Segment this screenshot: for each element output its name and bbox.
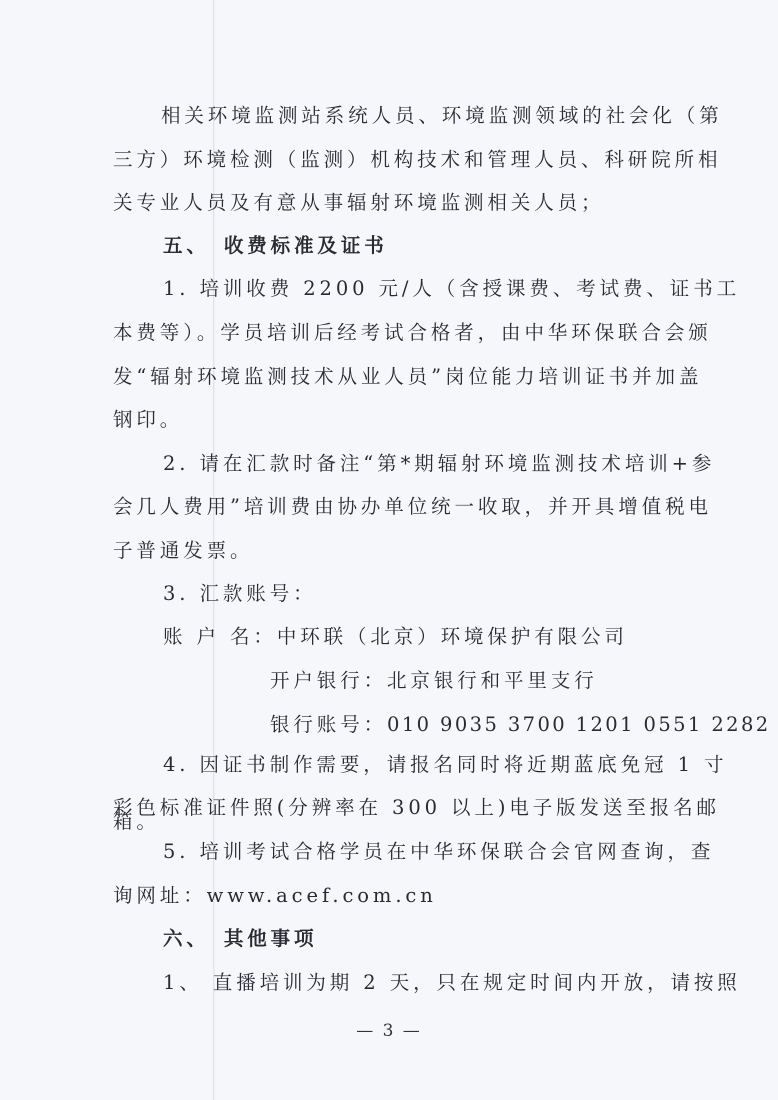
section-5-title: 收费标准及证书 — [224, 234, 388, 257]
account-name-row: 账 户 名：中环联（北京）环境保护有限公司 — [163, 624, 628, 650]
account-name-label: 账 户 名： — [163, 625, 277, 648]
section-6-number: 六、 — [163, 927, 210, 950]
intro-line-1: 相关环境监测站系统人员、环境监测领域的社会化（第 — [161, 103, 723, 129]
section-5-heading: 五、收费标准及证书 — [163, 233, 388, 259]
intro-line-3: 关专业人员及有意从事辐射环境监测相关人员； — [113, 190, 604, 216]
fee-item-2-line-3: 子普通发票。 — [113, 538, 253, 564]
intro-line-2: 三方）环境检测（监测）机构技术和管理人员、科研院所相 — [113, 147, 721, 173]
fee-item-1-line-2: 本费等）。学员培训后经考试合格者，由中华环保联合会颁 — [113, 320, 712, 346]
section-6-title: 其他事项 — [224, 927, 318, 950]
fee-item-5-line-1: 5. 培训考试合格学员在中华环保联合会官网查询，查 — [163, 839, 714, 865]
account-number-value: 010 9035 3700 1201 0551 2282 — [387, 713, 771, 736]
remittance-label: 3. 汇款账号： — [163, 581, 317, 607]
account-number-row: 银行账号：010 9035 3700 1201 0551 2282 — [270, 712, 771, 738]
fee-item-2-line-1: 2. 请在汇款时备注“第*期辐射环境监测技术培训+参 — [163, 451, 715, 477]
fee-item-1-line-1: 1. 培训收费 2200 元/人（含授课费、考试费、证书工 — [163, 276, 740, 302]
fee-item-5-line-2: 询网址：www.acef.com.cn — [113, 883, 437, 909]
section-6-heading: 六、其他事项 — [163, 926, 317, 952]
account-number-label: 银行账号： — [270, 713, 387, 736]
bank-value: 北京银行和平里支行 — [387, 669, 598, 692]
account-name-value: 中环联（北京）环境保护有限公司 — [277, 625, 628, 648]
fee-item-1-line-4: 钢印。 — [113, 407, 183, 433]
page-number: — 3 — — [0, 1021, 778, 1041]
other-item-1: 1、 直播培训为期 2 天，只在规定时间内开放，请按照 — [163, 970, 741, 996]
fee-item-1-line-3: 发“辐射环境监测技术从业人员”岗位能力培训证书并加盖 — [113, 364, 702, 390]
document-page: 相关环境监测站系统人员、环境监测领域的社会化（第 三方）环境检测（监测）机构技术… — [0, 0, 778, 1100]
fee-item-4-line-2: 彩色标准证件照(分辨率在 300 以上)电子版发送至报名邮 — [113, 795, 720, 821]
fee-item-4-line-3-visible: 箱。 — [113, 809, 160, 835]
fee-item-2-line-2: 会几人费用”培训费由协办单位统一收取，并开具增值税电 — [113, 494, 712, 520]
bank-row: 开户银行：北京银行和平里支行 — [270, 668, 598, 694]
fee-item-4-line-1: 4. 因证书制作需要，请报名同时将近期蓝底免冠 1 寸 — [163, 752, 727, 778]
section-5-number: 五、 — [163, 234, 210, 257]
bank-label: 开户银行： — [270, 669, 387, 692]
